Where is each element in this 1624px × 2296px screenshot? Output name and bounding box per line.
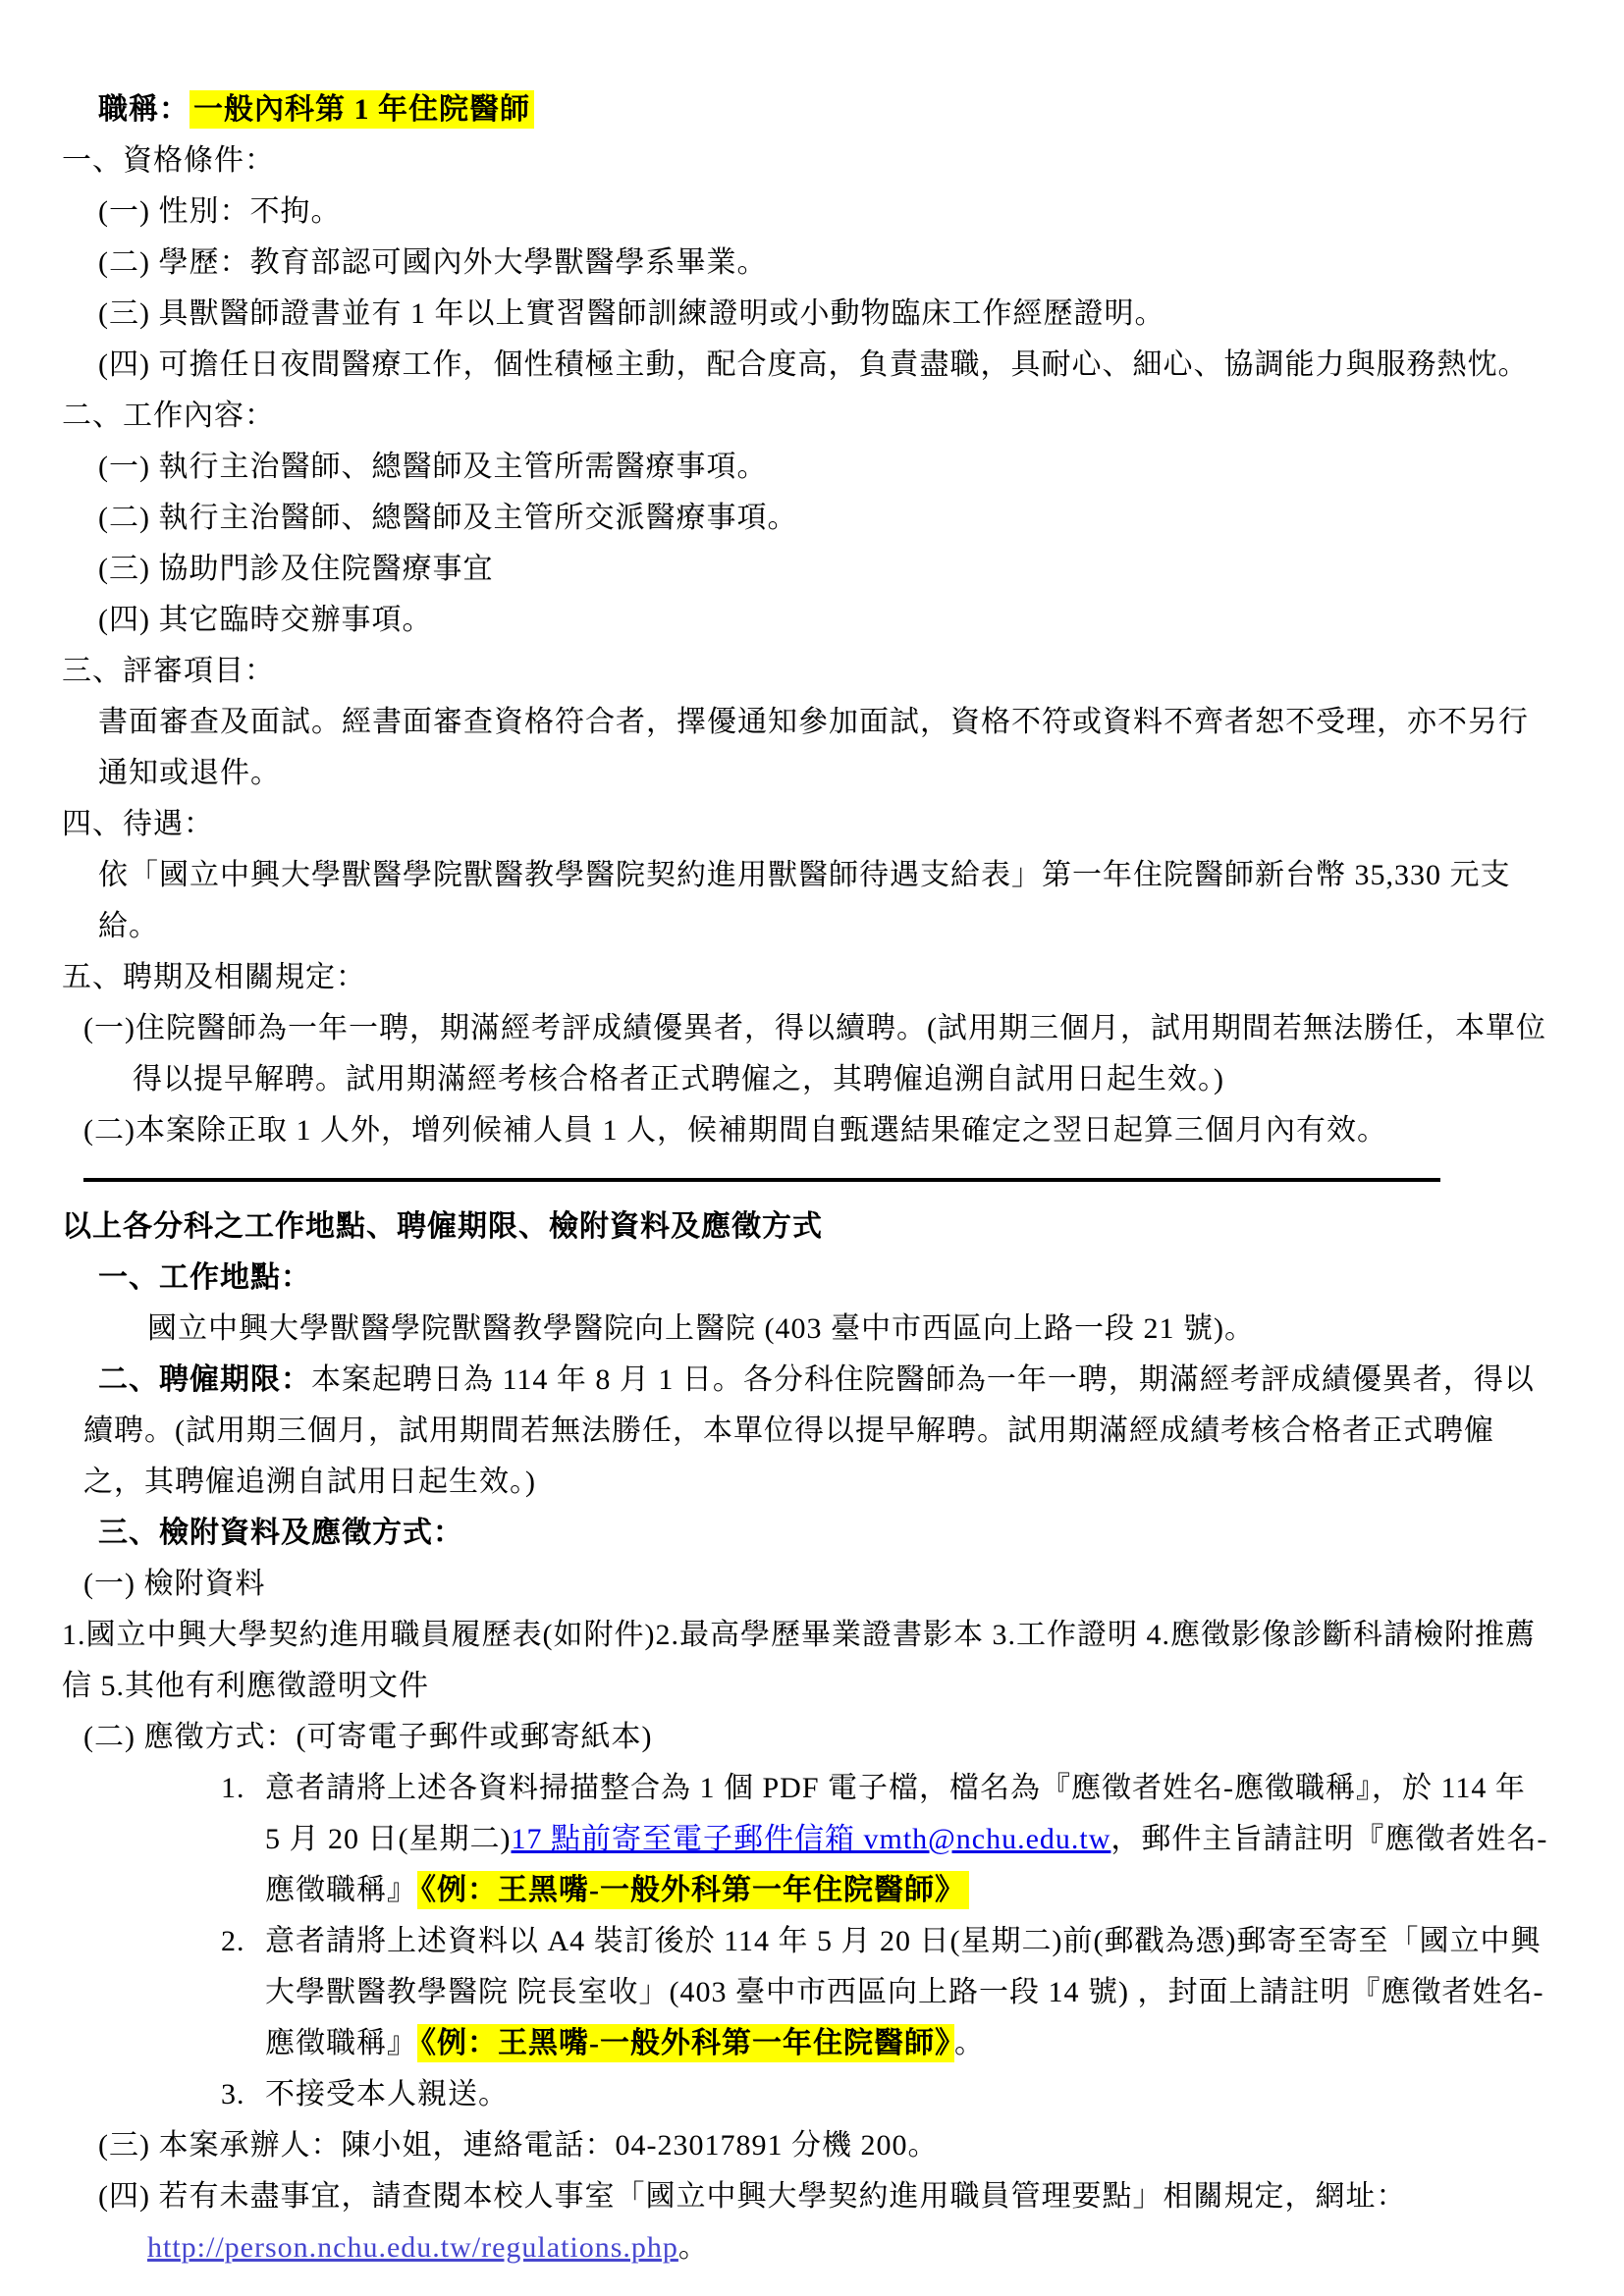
regulations-note: (四) 若有未盡事宜，請查閱本校人事室「國立中興大學契約進用職員管理要點」相關規… [62, 2171, 1549, 2273]
common-section-heading: 以上各分科之工作地點、聘僱期限、檢附資料及應徵方式 [62, 1201, 1549, 1253]
duty-item-4: (四) 其它臨時交辦事項。 [62, 595, 1549, 646]
work-location-label: 一、工作地點： [98, 1261, 311, 1294]
job-title-line: 職稱：一般內科第 1 年住院醫師 [62, 84, 1549, 135]
regulations-note-text-b: 。 [678, 2231, 709, 2264]
tenure-heading: 五、聘期及相關規定： [62, 952, 1549, 1003]
step-number: 1. [221, 1763, 265, 1916]
step-2-example-highlight: 《例：王黑嘴-一般外科第一年住院醫師》 [417, 2024, 954, 2062]
email-link[interactable]: 17 點前寄至電子郵件信箱 vmth@nchu.edu.tw [511, 1823, 1110, 1855]
apply-method-heading: (二) 應徵方式：(可寄電子郵件或郵寄紙本) [62, 1712, 1549, 1763]
work-location-value: 國立中興大學獸醫學院獸醫教學醫院向上醫院 (403 臺中市西區向上路一段 21 … [62, 1304, 1549, 1355]
duty-item-2: (二) 執行主治醫師、總醫師及主管所交派醫療事項。 [62, 493, 1549, 544]
qualifications-heading: 一、資格條件： [62, 135, 1549, 187]
job-title-highlight: 一般內科第 1 年住院醫師 [189, 90, 534, 129]
salary-body: 依「國立中興大學獸醫學院獸醫教學醫院契約進用獸醫師待遇支給表」第一年住院醫師新台… [62, 850, 1549, 952]
duty-item-3: (三) 協助門診及住院醫療事宜 [62, 544, 1549, 595]
review-heading: 三、評審項目： [62, 646, 1549, 697]
step-text: 意者請將上述各資料掃描整合為 1 個 PDF 電子檔，檔名為『應徵者姓名-應徵職… [265, 1763, 1549, 1916]
step-1-example-highlight: 《例：王黑嘴-一般外科第一年住院醫師》 [417, 1871, 969, 1909]
qualification-item-4: (四) 可擔任日夜間醫療工作，個性積極主動，配合度高，負責盡職，具耐心、細心、協… [62, 340, 1549, 391]
contact-person-line: (三) 本案承辦人：陳小姐，連絡電話：04-23017891 分機 200。 [62, 2120, 1549, 2171]
duty-item-1: (一) 執行主治醫師、總醫師及主管所需醫療事項。 [62, 442, 1549, 493]
qualification-item-2: (二) 學歷：教育部認可國內外大學獸醫學系畢業。 [62, 238, 1549, 289]
apply-step-1: 1. 意者請將上述各資料掃描整合為 1 個 PDF 電子檔，檔名為『應徵者姓名-… [62, 1763, 1549, 1916]
apply-section-heading: 三、檢附資料及應徵方式： [62, 1508, 1549, 1559]
employment-term-label: 二、聘僱期限： [98, 1363, 311, 1396]
job-posting-document: 職稱：一般內科第 1 年住院醫師 一、資格條件： (一) 性別：不拘。 (二) … [0, 0, 1624, 2296]
duties-heading: 二、工作內容： [62, 391, 1549, 442]
employment-term-paragraph: 二、聘僱期限：本案起聘日為 114 年 8 月 1 日。各分科住院醫師為一年一聘… [62, 1355, 1549, 1508]
required-docs-body: 1.國立中興大學契約進用職員履歷表(如附件)2.最高學歷畢業證書影本 3.工作證… [62, 1610, 1549, 1712]
step-2-text-b: 。 [954, 2027, 985, 2059]
regulations-note-text-a: (四) 若有未盡事宜，請查閱本校人事室「國立中興大學契約進用職員管理要點」相關規… [98, 2180, 1406, 2213]
apply-step-3: 3. 不接受本人親送。 [62, 2069, 1549, 2120]
step-number: 2. [221, 1916, 265, 2069]
salary-heading: 四、待遇： [62, 799, 1549, 850]
regulations-link[interactable]: http://person.nchu.edu.tw/regulations.ph… [147, 2231, 678, 2264]
qualification-item-3: (三) 具獸醫師證書並有 1 年以上實習醫師訓練證明或小動物臨床工作經歷證明。 [62, 289, 1549, 340]
apply-step-2: 2. 意者請將上述資料以 A4 裝訂後於 114 年 5 月 20 日(星期二)… [62, 1916, 1549, 2069]
work-location-heading: 一、工作地點： [62, 1253, 1549, 1304]
qualification-item-1: (一) 性別：不拘。 [62, 187, 1549, 238]
section-divider [83, 1178, 1440, 1182]
review-body: 書面審查及面試。經書面審查資格符合者，擇優通知參加面試，資格不符或資料不齊者恕不… [62, 697, 1549, 799]
tenure-item-2: (二)本案除正取 1 人外，增列候補人員 1 人，候補期間自甄選結果確定之翌日起… [62, 1105, 1549, 1156]
step-text: 意者請將上述資料以 A4 裝訂後於 114 年 5 月 20 日(星期二)前(郵… [265, 1916, 1549, 2069]
tenure-item-1: (一)住院醫師為一年一聘，期滿經考評成績優異者，得以續聘。(試用期三個月，試用期… [62, 1003, 1549, 1105]
required-docs-heading: (一) 檢附資料 [62, 1559, 1549, 1610]
step-3-text: 不接受本人親送。 [265, 2069, 1549, 2120]
step-number: 3. [221, 2069, 265, 2120]
job-title-label: 職稱： [98, 93, 189, 126]
